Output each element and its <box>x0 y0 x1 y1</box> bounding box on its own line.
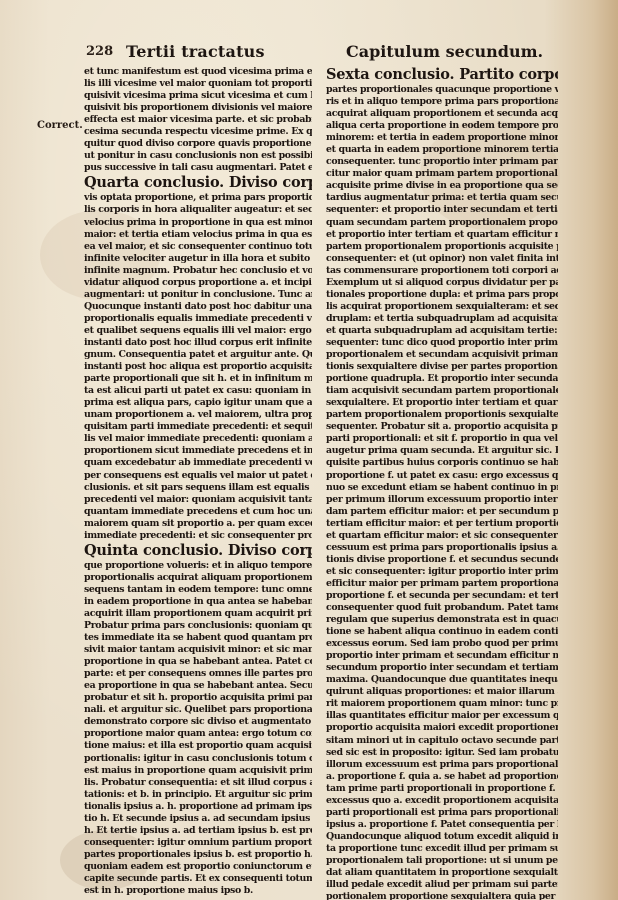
text-line: maxima. Quandocunque due quantitates ine… <box>326 674 558 686</box>
text-line: excessus eorum. Sed iam probo quod per p… <box>326 638 558 650</box>
text-line: proportione maior quam antea: ergo totum… <box>84 728 312 740</box>
text-line: infinite velociter augetur in illa hora … <box>84 253 312 265</box>
text-line: proportione in qua se habebant antea. Pa… <box>84 656 312 668</box>
text-line: pus successive in tali casu augmentari. … <box>84 162 312 174</box>
text-line: quam excedebatur ab immediate precedenti… <box>84 457 312 469</box>
text-line: partes proportionales ipsius b. est prop… <box>84 849 312 861</box>
text-line: tionis divise proportione f. et secundus… <box>326 554 558 566</box>
text-line: augmentari: ut ponitur in conclusione. T… <box>84 289 312 301</box>
text-line: quoniam eadem est proportio coniunctorum… <box>84 861 312 873</box>
text-line: et tunc manifestum est quod vicesima pri… <box>84 66 312 78</box>
page-header: 228 Tertii tractatus Capitulum secundum. <box>0 44 618 68</box>
text-line: partem proportionalem proportionis sexqu… <box>326 409 558 421</box>
text-line: portionalem proportione sexquialtera qui… <box>326 891 558 900</box>
text-line: quantam immediate precedens et cum hoc u… <box>84 506 312 518</box>
text-line: per primum illorum excessuum proportio i… <box>326 494 558 506</box>
text-line: lis vel maior immediate precedenti: quon… <box>84 433 312 445</box>
text-line: proportionalis acquirat aliquam proporti… <box>84 572 312 584</box>
text-line: et sic consequenter: igitur proportio in… <box>326 566 558 578</box>
text-line: Quandocunque aliquod totum excedit aliqu… <box>326 831 558 843</box>
conclusion-heading-quinta: Quinta conclusio. Diviso corpore quacun- <box>84 542 312 560</box>
text-line: cesima secunda respectu vicesime prime. … <box>84 126 312 138</box>
text-line: consequenter. tunc proportio inter prima… <box>326 156 558 168</box>
text-line: sequenter: et proportio inter secundam e… <box>326 204 558 216</box>
text-line: partem proportionalem proportionis acqui… <box>326 241 558 253</box>
text-line: infinite magnum. Probatur hec conclusio … <box>84 265 312 277</box>
text-line: tationis: et b. in principio. Et arguitu… <box>84 789 312 801</box>
text-line: tione maius: et illa est proportio quam … <box>84 740 312 752</box>
text-line: portionalis: igitur in casu conclusionis… <box>84 753 312 765</box>
text-line: proportio inter primam et secundam effic… <box>326 650 558 662</box>
text-line: rit maiorem proportionem quam minor: tun… <box>326 698 558 710</box>
text-line: citur maior quam primam partem proportio… <box>326 168 558 180</box>
manuscript-page: 228 Tertii tractatus Capitulum secundum.… <box>0 0 618 900</box>
text-line: partes proportionales quacunque proporti… <box>326 84 558 96</box>
text-line: sivit maior tantam acquisivit minor: et … <box>84 644 312 656</box>
text-line: ipsius a. proportione f. Patet consequen… <box>326 819 558 831</box>
text-line: velocius prima in proportione in qua est… <box>84 217 312 229</box>
text-line: parte proportionali que sit h. et in inf… <box>84 373 312 385</box>
text-line: cessuum est prima pars proportionalis ip… <box>326 542 558 554</box>
text-line: regulam que superius demonstrata est in … <box>326 614 558 626</box>
text-line: proportio acquisita maiori excedit propo… <box>326 722 558 734</box>
text-line: sed sic est in proposito: igitur. Sed ia… <box>326 747 558 759</box>
text-line: Probatur prima pars conclusionis: quonia… <box>84 620 312 632</box>
text-line: proportione f. et secunda per secundam: … <box>326 590 558 602</box>
text-line: tione se habent aliqua continuo in eadem… <box>326 626 558 638</box>
text-line: tionales proportione dupla: et prima par… <box>326 289 558 301</box>
text-line: instanti dato post hoc illud corpus erit… <box>84 337 312 349</box>
text-line: et quartam efficitur maior: et sic conse… <box>326 530 558 542</box>
text-line: consequenter: igitur omnium partium prop… <box>84 837 312 849</box>
text-line: Quocunque instanti dato post hoc dabitur… <box>84 301 312 313</box>
text-line: augetur prima quam secunda. Et arguitur … <box>326 445 558 457</box>
text-line: dat aliam quantitatem in proportione sex… <box>326 867 558 879</box>
text-line: quitur quod diviso corpore quavis propor… <box>84 138 312 150</box>
text-line: ut ponitur in casu conclusionis non est … <box>84 150 312 162</box>
text-line: tardius augmentatur prima: et tertia qua… <box>326 192 558 204</box>
text-line: illud pedale excedit aliud per primam su… <box>326 879 558 891</box>
text-line: quisitam parti immediate precedenti: et … <box>84 421 312 433</box>
text-line: sexquialtere. Et proportio inter tertiam… <box>326 397 558 409</box>
text-line: secundum proportio inter secundam et ter… <box>326 662 558 674</box>
text-line: quam secundam partem proportionalem prop… <box>326 217 558 229</box>
text-line: demonstrato corpore sic diviso et augmen… <box>84 716 312 728</box>
text-line: quisivit bis proportionem divisionis vel… <box>84 102 312 114</box>
text-line: dam partem efficitur maior: et per secun… <box>326 506 558 518</box>
text-line: per consequens est equalis vel maior ut … <box>84 470 312 482</box>
text-line: est maius in proportione quam acquisivit… <box>84 765 312 777</box>
text-line: proportionalem et secundam acquisivit pr… <box>326 349 558 361</box>
conclusion-heading-quarta: Quarta conclusio. Diviso corpore qua- <box>84 174 312 192</box>
text-line: nuo se excedunt etiam se habent continuo… <box>326 482 558 494</box>
folio-number: 228 <box>86 44 113 59</box>
text-line: minorem: et tertia in eadem proportione … <box>326 132 558 144</box>
text-line: tertiam efficitur maior: et per tertium … <box>326 518 558 530</box>
text-line: sequenter: tunc dico quod proportio inte… <box>326 337 558 349</box>
text-line: et quarta in eadem proportione minorem t… <box>326 144 558 156</box>
text-line: acquirit illam proportionem quam acquiri… <box>84 608 312 620</box>
text-line: excessus quo a. excedit proportionem acq… <box>326 795 558 807</box>
conclusion-heading-sexta: Sexta conclusio. Partito corpore per <box>326 66 558 84</box>
text-line: druplam: et tertia subquadruplam ad acqu… <box>326 313 558 325</box>
running-head-right: Capitulum secundum. <box>346 42 543 61</box>
text-line: et qualibet sequens equalis illi vel mai… <box>84 325 312 337</box>
text-line: proportionalis equalis immediate precede… <box>84 313 312 325</box>
text-line: lis corporis in hora aliqualiter augeatu… <box>84 204 312 216</box>
text-line: maior: et tertia etiam velocius prima in… <box>84 229 312 241</box>
text-line: consequenter quod fuit probandum. Patet … <box>326 602 558 614</box>
text-line: parte: et per consequens omnes ille part… <box>84 668 312 680</box>
text-line: proportione f. ut patet ex casu: ergo ex… <box>326 470 558 482</box>
text-line: a. proportione f. quia a. se habet ad pr… <box>326 771 558 783</box>
text-line: lis. Probatur consequentia: et sit illud… <box>84 777 312 789</box>
text-line: ea proportione in qua se habebant antea.… <box>84 680 312 692</box>
text-line: illorum excessuum est prima pars proport… <box>326 759 558 771</box>
text-line: illas quantitates efficitur maior per ex… <box>326 710 558 722</box>
text-line: capite secunde partis. Et ex consequenti… <box>84 873 312 885</box>
text-line: lis illi vicesime vel maior quoniam tot … <box>84 78 312 90</box>
text-line: vidatur aliquod corpus proportione a. et… <box>84 277 312 289</box>
text-line: sitam minori ut in capitulo octavo secun… <box>326 735 558 747</box>
text-line: h. Et tertie ipsius a. ad tertiam ipsius… <box>84 825 312 837</box>
text-line: probatur et sit h. proportio acquisita p… <box>84 692 312 704</box>
text-line: clusionis. et sit pars sequens illam est… <box>84 482 312 494</box>
text-line: tas commensurare proportionem toti corpo… <box>326 265 558 277</box>
text-line: gnum. Consequentia patet et arguitur ant… <box>84 349 312 361</box>
text-line: quirunt aliquas proportiones: et maior i… <box>326 686 558 698</box>
text-line: ta est alicui parti ut patet ex casu: qu… <box>84 385 312 397</box>
text-line: efficitur maior per primam partem propor… <box>326 578 558 590</box>
text-line: est in h. proportione maius ipso b. <box>84 885 312 897</box>
text-line: que proportione volueris: et in aliquo t… <box>84 560 312 572</box>
text-line: acquisite prime divise in ea proportione… <box>326 180 558 192</box>
text-line: tionalis ipsius a. h. proportione ad pri… <box>84 801 312 813</box>
text-line: et quarta subquadruplam ad acquisitam te… <box>326 325 558 337</box>
text-line: quisite partibus huius corporis continuo… <box>326 457 558 469</box>
text-line: immediate precedenti: et sic consequente… <box>84 530 312 542</box>
text-line: nali. et arguitur sic. Quelibet pars pro… <box>84 704 312 716</box>
text-line: acquirat aliquam proportionem et secunda… <box>326 108 558 120</box>
text-line: sequenter. Probatur sit a. proportio acq… <box>326 421 558 433</box>
text-line: precedenti vel maior: quoniam acquisivit… <box>84 494 312 506</box>
text-line: consequenter: et (ut opinor) non valet f… <box>326 253 558 265</box>
text-line: lis acquirat proportionem sexquialteram:… <box>326 301 558 313</box>
right-text-column: Sexta conclusio. Partito corpore perpart… <box>326 66 558 900</box>
text-line: tiam acquisivit secundam partem proporti… <box>326 385 558 397</box>
text-line: ea vel maior, et sic consequenter contin… <box>84 241 312 253</box>
text-line: unam proportionem a. vel maiorem, ultra … <box>84 409 312 421</box>
text-line: tes immediate ita se habent quod quantam… <box>84 632 312 644</box>
text-line: proportionem sicut immediate precedens e… <box>84 445 312 457</box>
marginal-note: Correct. <box>37 120 83 131</box>
text-line: Exemplum ut si aliquod corpus dividatur … <box>326 277 558 289</box>
text-line: proportionalem tali proportione: ut si u… <box>326 855 558 867</box>
text-line: portione quadrupla. Et proportio inter s… <box>326 373 558 385</box>
text-line: tionis sexquialtere divise per partes pr… <box>326 361 558 373</box>
text-line: prima est aliqua pars, capio igitur unam… <box>84 397 312 409</box>
text-line: vis optata proportione, et prima pars pr… <box>84 192 312 204</box>
left-text-column: et tunc manifestum est quod vicesima pri… <box>84 66 312 897</box>
text-line: tio h. Et secunde ipsius a. ad secundam … <box>84 813 312 825</box>
text-line: parti proportionali: et sit f. proportio… <box>326 433 558 445</box>
text-line: ta proportione tunc excedit illud per pr… <box>326 843 558 855</box>
text-line: quisivit vicesima prima sicut vicesima e… <box>84 90 312 102</box>
text-line: maiorem quam sit proportio a. per quam e… <box>84 518 312 530</box>
text-line: instanti post hoc aliqua est proportio a… <box>84 361 312 373</box>
text-line: in eadem proportione in qua antea se hab… <box>84 596 312 608</box>
text-line: sequens tantam in eodem tempore: tunc om… <box>84 584 312 596</box>
running-head-left: Tertii tractatus <box>126 42 265 61</box>
text-line: aliqua certa proportione in eodem tempor… <box>326 120 558 132</box>
text-line: ris et in aliquo tempore prima pars prop… <box>326 96 558 108</box>
text-line: tam prime parti proportionali in proport… <box>326 783 558 795</box>
text-line: parti proportionali est prima pars propo… <box>326 807 558 819</box>
text-line: effecta est maior vicesima parte. et sic… <box>84 114 312 126</box>
text-line: et proportio inter tertiam et quartam ef… <box>326 229 558 241</box>
